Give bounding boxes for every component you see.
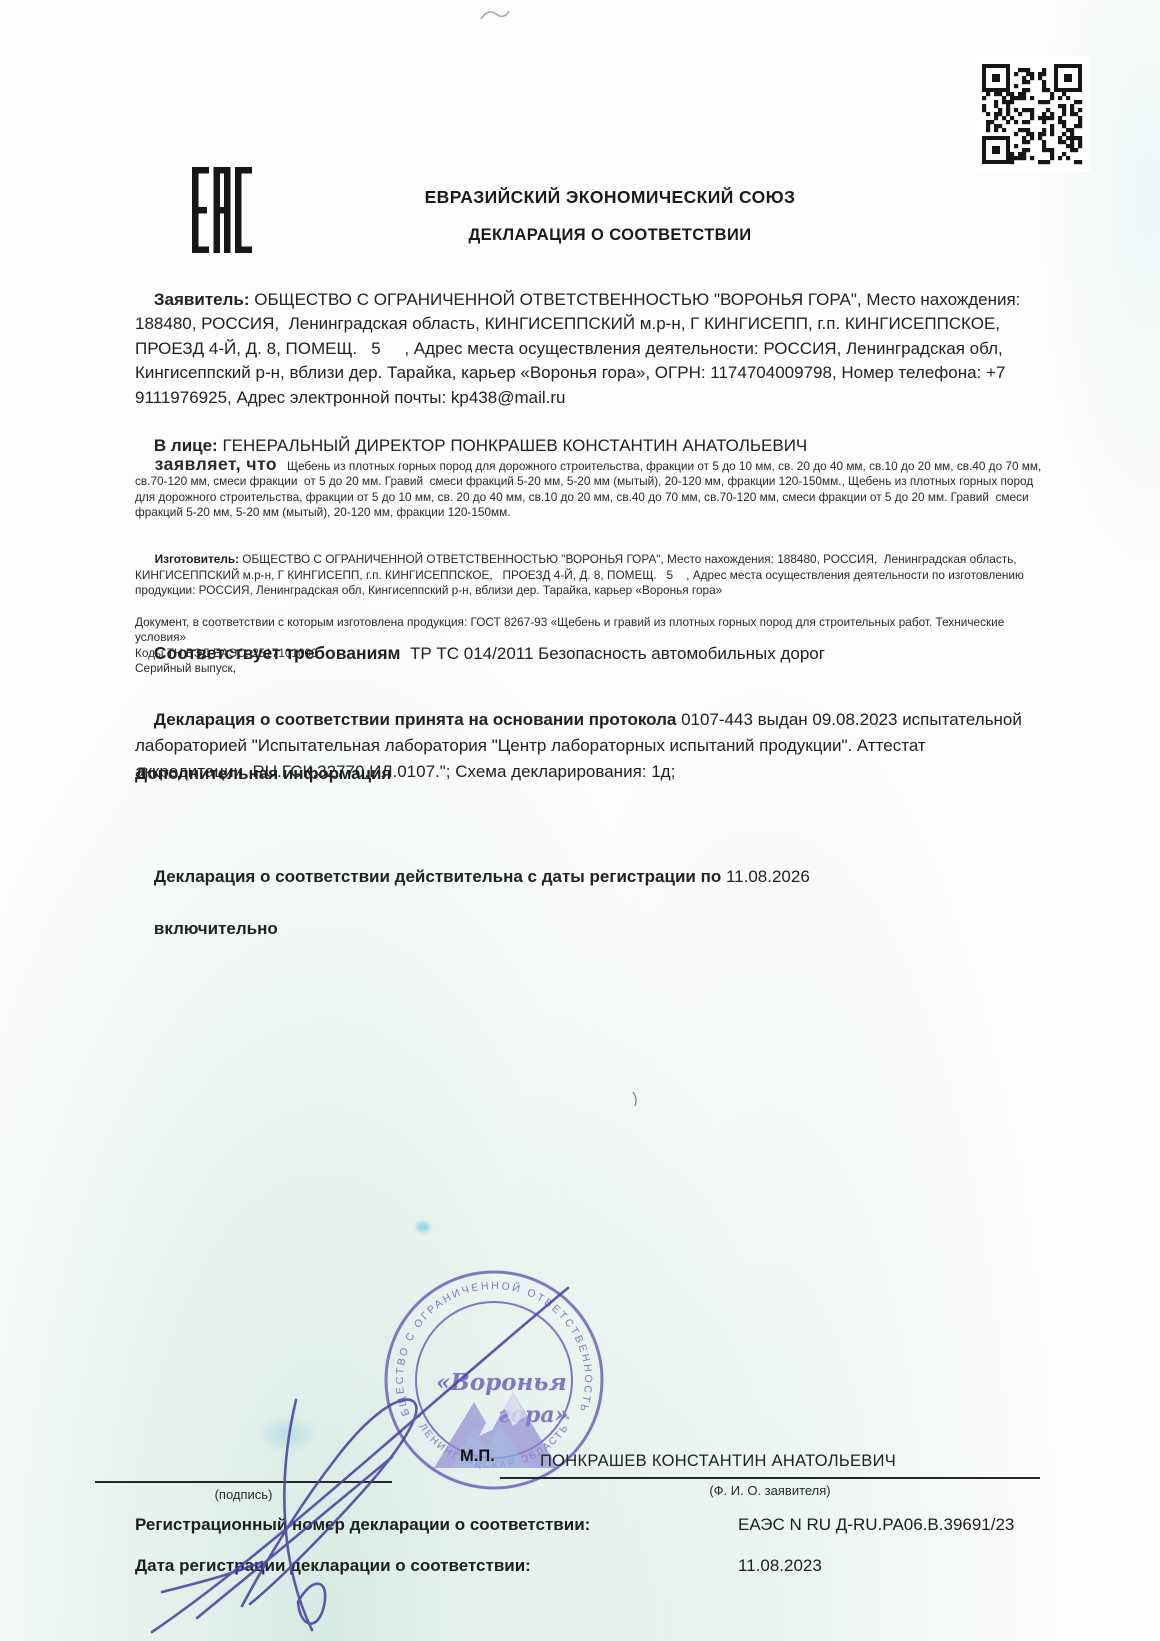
declares-paragraph: заявляет, что Щебень из плотных горных п… xyxy=(135,441,1053,537)
conformity-line: Соответствует требованиям ТР ТС 014/2011… xyxy=(135,616,1040,691)
manufacturer-paragraph: Изготовитель: ОБЩЕСТВО С ОГРАНИЧЕННОЙ ОТ… xyxy=(135,537,1053,615)
applicant-text: ОБЩЕСТВО С ОГРАНИЧЕННОЙ ОТВЕТСТВЕННОСТЬЮ… xyxy=(135,290,1025,407)
manufacturer-text: ОБЩЕСТВО С ОГРАНИЧЕННОЙ ОТВЕТСТВЕННОСТЬЮ… xyxy=(135,552,1027,597)
fio-underline xyxy=(500,1477,1040,1479)
declaration-document: ЕВРАЗИЙСКИЙ ЭКОНОМИЧЕСКИЙ СОЮЗ ДЕКЛАРАЦИ… xyxy=(0,0,1160,1641)
validity-label: Декларация о соответствии действительна … xyxy=(154,867,721,886)
fio-caption: (Ф. И. О. заявителя) xyxy=(500,1483,1040,1498)
applicant-label: Заявитель: xyxy=(154,290,250,309)
conformity-label: Соответствует требованиям xyxy=(154,643,401,663)
basis-paragraph: Декларация о соответствии принята на осн… xyxy=(135,681,1035,811)
qr-code xyxy=(974,56,1090,172)
document-type-title: ДЕКЛАРАЦИЯ О СООТВЕТСТВИИ xyxy=(135,226,1085,245)
basis-label: Декларация о соответствии принята на осн… xyxy=(154,710,676,729)
signature xyxy=(100,1250,580,1641)
document-union-title: ЕВРАЗИЙСКИЙ ЭКОНОМИЧЕСКИЙ СОЮЗ xyxy=(135,187,1085,208)
declares-label: заявляет, что xyxy=(155,454,277,474)
validity-date: 11.08.2026 xyxy=(721,867,810,886)
registration-date-value: 11.08.2023 xyxy=(738,1556,822,1576)
validity-paragraph: Декларация о соответствии действительна … xyxy=(135,838,1035,968)
manufacturer-label: Изготовитель: xyxy=(155,552,239,566)
scan-artifact-dash xyxy=(629,1090,643,1108)
additional-info-heading: Дополнительная информация xyxy=(135,762,835,787)
validity-suffix: включительно xyxy=(154,919,278,938)
scan-smudge-small xyxy=(416,1222,430,1232)
fio-name: ПОНКРАШЕВ КОНСТАНТИН АНАТОЛЬЕВИЧ xyxy=(540,1452,896,1471)
registration-number-value: ЕАЭС N RU Д-RU.РА06.В.39691/23 xyxy=(738,1515,1014,1535)
conformity-text: ТР ТС 014/2011 Безопасность автомобильны… xyxy=(401,644,825,663)
scan-artifact-mark xyxy=(478,4,512,26)
mp-label: М.П. xyxy=(460,1447,495,1466)
